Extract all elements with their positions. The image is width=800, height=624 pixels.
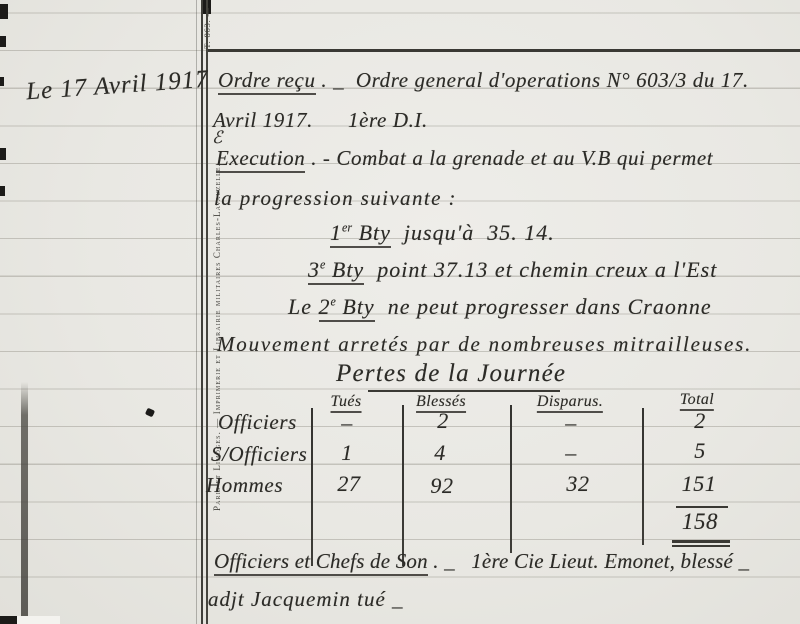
footer-sep: . _ [428, 549, 471, 573]
form-number: T. 863. — [202, 0, 214, 63]
scan-artifact [145, 408, 155, 418]
footer-line-adjudant: adjt Jacquemin tué _ [208, 587, 404, 612]
losses-grid-line-1 [311, 408, 313, 566]
bty1-label: 1er Bty [330, 220, 391, 248]
footer-text: 1ère Cie Lieut. Emonet, blessé _ [471, 549, 749, 573]
execution-text: Combat a la grenade et au V.B qui permet [336, 146, 713, 170]
losses-cell: 2 [437, 408, 449, 434]
grand-total: 158 [682, 509, 718, 535]
scan-artifact [0, 4, 8, 19]
losses-cell: 1 [341, 440, 353, 466]
margin-date: Le 17 Avril 1917 [25, 66, 209, 107]
losses-cell: 5 [694, 438, 706, 464]
losses-cell: – [565, 410, 577, 436]
footer-line-officiers: Officiers et Chefs de Son . _ 1ère Cie L… [214, 549, 749, 574]
losses-col-total: Total [680, 391, 714, 409]
losses-cell: – [341, 410, 353, 436]
bty1-text: jusqu'à 35. 14. [391, 220, 555, 245]
war-diary-scanned-page: Paris et Limoges. — Imprimerie et Librai… [0, 0, 800, 624]
scan-artifact [0, 186, 5, 196]
execution-label: Execution [216, 146, 305, 173]
losses-title: Pertes de la Journée [336, 360, 566, 388]
entry-line-bty1: 1er Bty jusqu'à 35. 14. [330, 220, 555, 246]
execution-flourish: ℰ [212, 128, 223, 148]
losses-cell: 2 [694, 408, 706, 434]
scan-artifact [0, 36, 6, 47]
losses-row-label: Officiers [218, 410, 297, 435]
entry-line-bty3: 3e Bty point 37.13 et chemin creux a l'E… [308, 257, 717, 283]
ordre-sep: . _ [316, 68, 356, 92]
losses-cell: 92 [430, 473, 453, 499]
header-rule [208, 49, 800, 52]
losses-row-label: S/Officiers [211, 442, 307, 467]
grand-total-overline [676, 506, 728, 508]
scan-artifact [0, 148, 6, 160]
entry-line-ordre: Ordre reçu . _ Ordre general d'operation… [218, 68, 749, 93]
losses-cell: 4 [434, 440, 446, 466]
losses-row-label: Hommes [206, 473, 283, 498]
bty2-prefix: Le [288, 294, 319, 319]
execution-sep: . - [305, 146, 336, 170]
ordre-recu-label: Ordre reçu [218, 68, 316, 95]
scan-artifact [0, 77, 4, 86]
bty2-label: 2e Bty [319, 294, 375, 322]
bty3-text: point 37.13 et chemin creux a l'Est [364, 257, 717, 282]
grand-total-underline-2 [672, 545, 730, 547]
losses-cell: – [565, 440, 577, 466]
grand-total-underline-1 [672, 540, 730, 543]
bty2-text: ne peut progresser dans Craonne [375, 294, 712, 319]
losses-cell: 32 [566, 471, 589, 497]
bty3-label: 3e Bty [308, 257, 364, 285]
ordre-text: Ordre general d'operations N° 603/3 du 1… [356, 68, 749, 92]
losses-grid-line-2 [402, 405, 404, 566]
losses-cell: 151 [682, 471, 717, 497]
entry-line-bty2: Le 2e Bty ne peut progresser dans Craonn… [288, 294, 712, 320]
scan-corner-dark [0, 616, 17, 624]
losses-col-disparus: Disparus. [537, 393, 603, 411]
entry-line-execution: Execution . - Combat a la grenade et au … [216, 146, 713, 171]
entry-line-ordre2: Avril 1917. 1ère D.I. [213, 108, 428, 133]
entry-line-execution2: la progression suivante : [214, 186, 457, 211]
losses-grid-line-4 [642, 408, 644, 545]
scan-corner-light [16, 616, 60, 624]
losses-col-tues: Tués [331, 393, 362, 411]
entry-line-mouvement: Mouvement arretés par de nombreuses mitr… [217, 332, 752, 357]
footer-label: Officiers et Chefs de Son [214, 549, 428, 576]
page-gutter-shadow [21, 382, 28, 618]
losses-title-underline [368, 390, 560, 392]
losses-grid-line-3 [510, 405, 512, 553]
losses-cell: 27 [337, 471, 360, 497]
